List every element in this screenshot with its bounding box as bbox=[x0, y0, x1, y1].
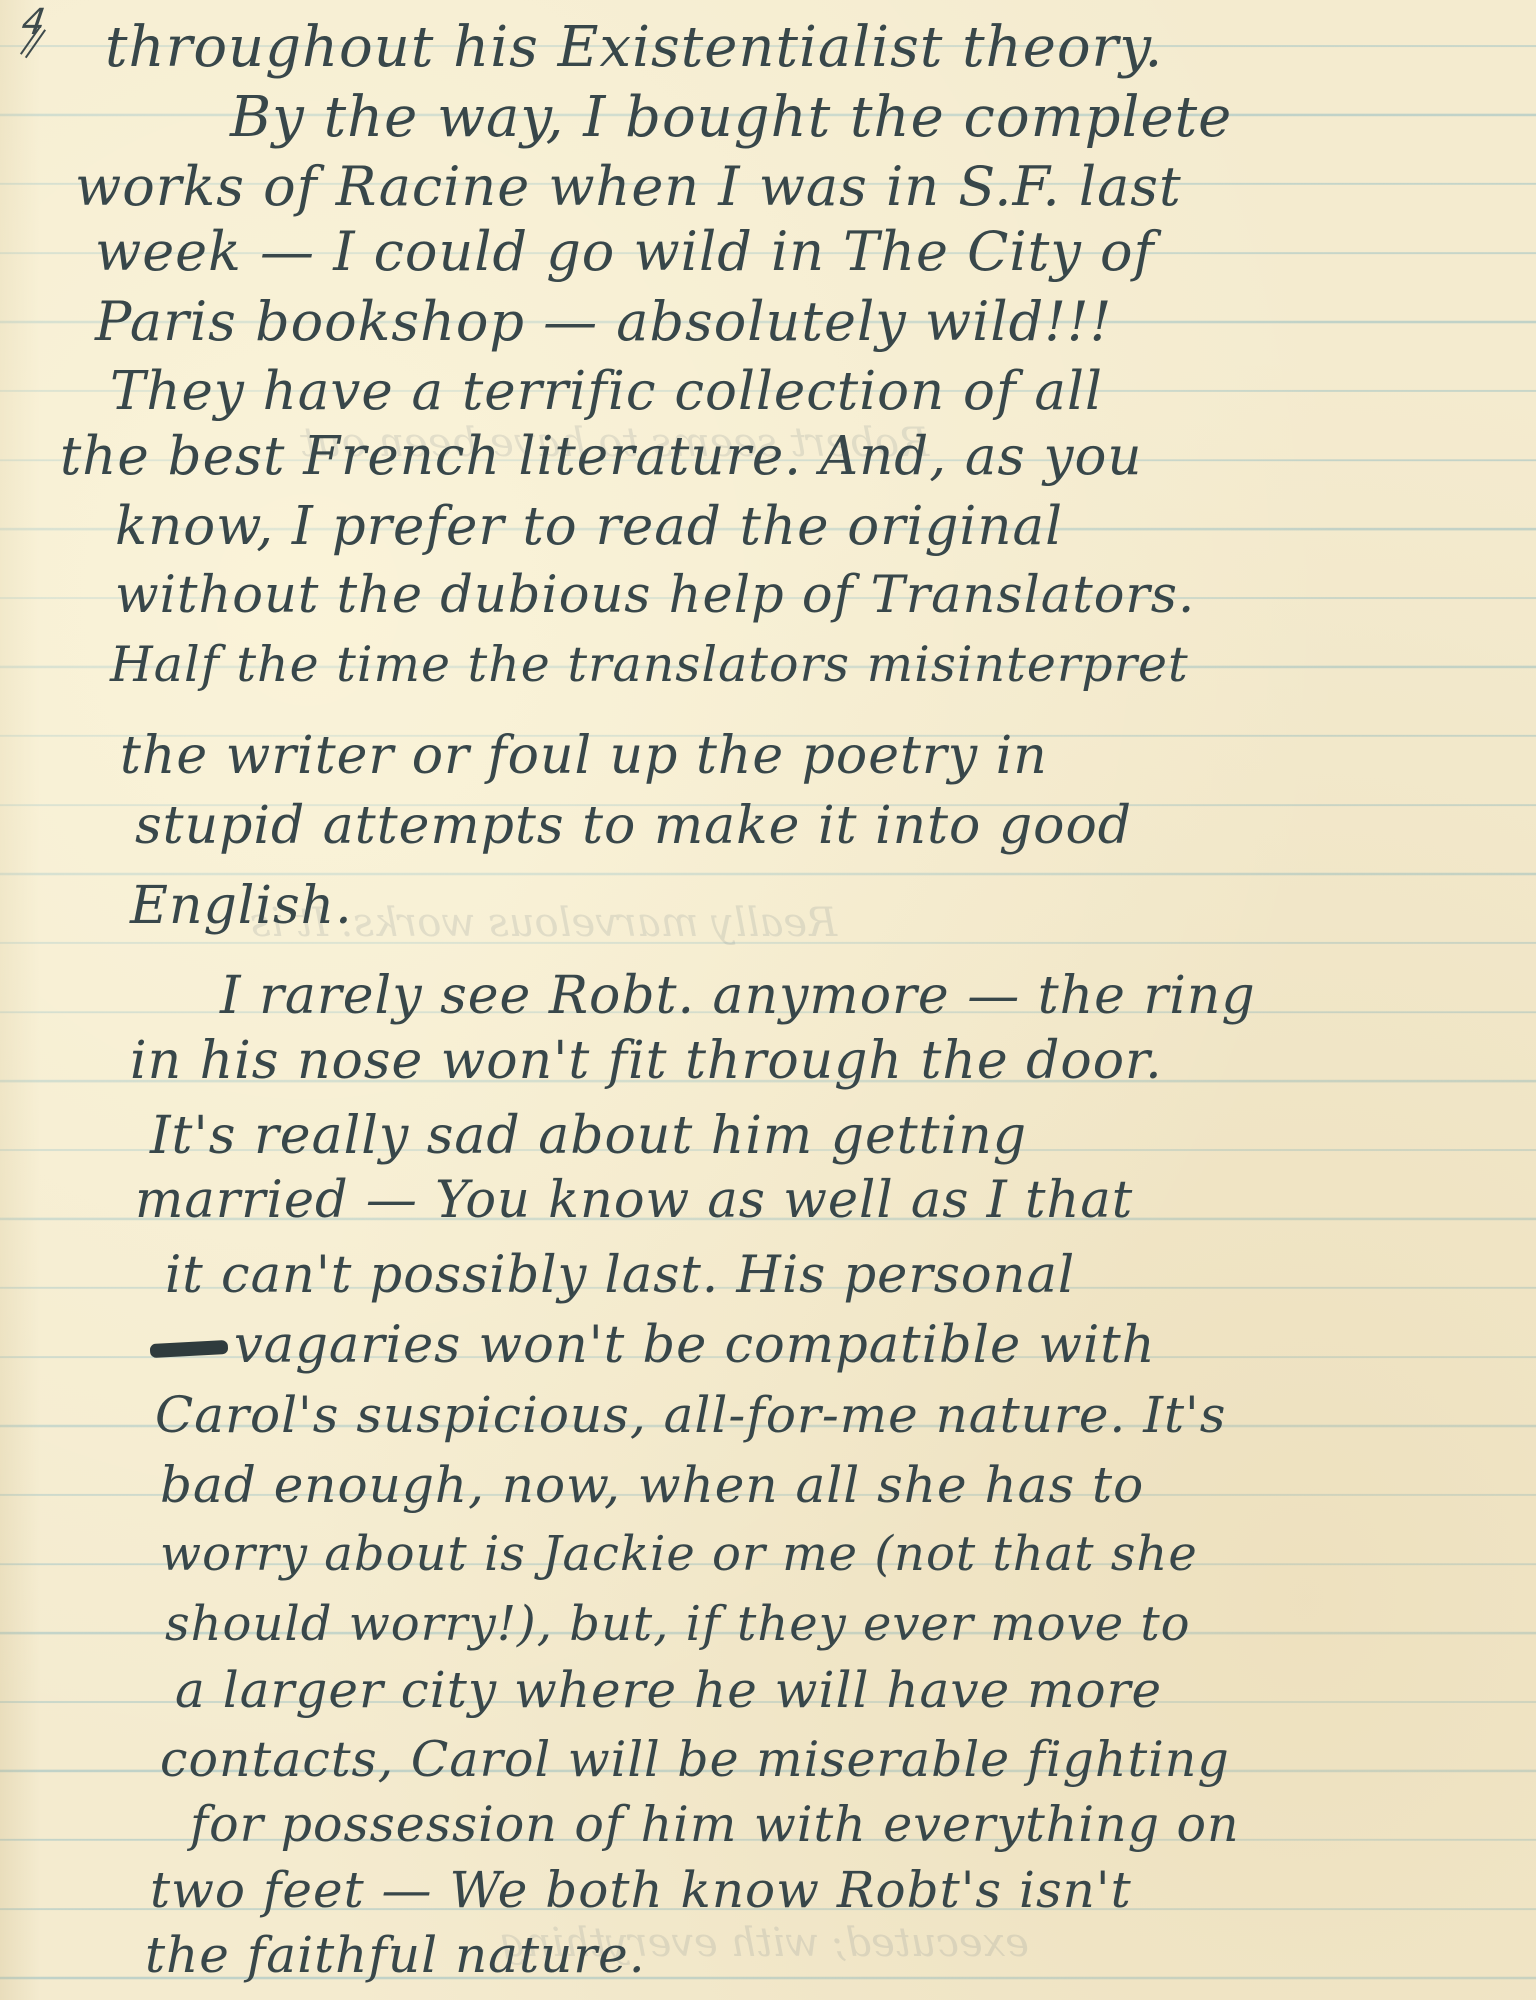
handwritten-line: the best French literature. And, as you bbox=[60, 430, 1143, 483]
handwritten-line: two feet — We both know Robt's isn't bbox=[150, 1865, 1132, 1915]
handwritten-line: a larger city where he will have more bbox=[175, 1665, 1162, 1715]
handwritten-line: stupid attempts to make it into good bbox=[135, 800, 1132, 852]
handwritten-line: Paris bookshop — absolutely wild!!! bbox=[95, 295, 1112, 349]
handwritten-line: in his nose won't fit through the door. bbox=[130, 1035, 1163, 1087]
handwritten-line: the faithful nature. bbox=[145, 1930, 646, 1980]
handwritten-line: They have a terrific collection of all bbox=[110, 365, 1103, 418]
handwritten-line: It's really sad about him getting bbox=[150, 1110, 1027, 1162]
handwritten-line: Half the time the translators misinterpr… bbox=[110, 640, 1189, 689]
handwritten-line: it can't possibly last. His personal bbox=[165, 1250, 1075, 1301]
handwritten-line: married — You know as well as I that bbox=[135, 1175, 1133, 1226]
crossed-out-word bbox=[150, 1340, 229, 1358]
handwritten-line: the writer or foul up the poetry in bbox=[120, 730, 1048, 782]
handwritten-line: Carol's suspicious, all-for-me nature. I… bbox=[155, 1390, 1226, 1440]
handwritten-line: throughout his Existentialist theory. bbox=[105, 20, 1163, 76]
handwritten-line: for possession of him with everything on bbox=[190, 1800, 1240, 1849]
handwritten-line: know, I prefer to read the original bbox=[115, 500, 1063, 553]
handwritten-line: contacts, Carol will be miserable fighti… bbox=[160, 1735, 1230, 1784]
letter-page: Robert seems to have been out Really mar… bbox=[0, 0, 1536, 2000]
handwritten-line: without the dubious help of Translators. bbox=[115, 570, 1195, 621]
handwritten-line: should worry!), but, if they ever move t… bbox=[165, 1600, 1191, 1648]
line-text: vagaries won't be compatible with bbox=[234, 1316, 1156, 1375]
handwritten-line: I rarely see Robt. anymore — the ring bbox=[220, 970, 1256, 1022]
handwritten-line: English. bbox=[130, 880, 353, 932]
handwritten-line: bad enough, now, when all she has to bbox=[160, 1460, 1144, 1510]
handwritten-line: works of Racine when I was in S.F. last bbox=[75, 160, 1182, 214]
handwritten-line: vagaries won't be compatible with bbox=[150, 1320, 1156, 1371]
handwritten-line: worry about is Jackie or me (not that sh… bbox=[160, 1530, 1198, 1578]
handwritten-line: By the way, I bought the complete bbox=[230, 90, 1232, 146]
handwritten-line: week — I could go wild in The City of bbox=[95, 225, 1155, 279]
